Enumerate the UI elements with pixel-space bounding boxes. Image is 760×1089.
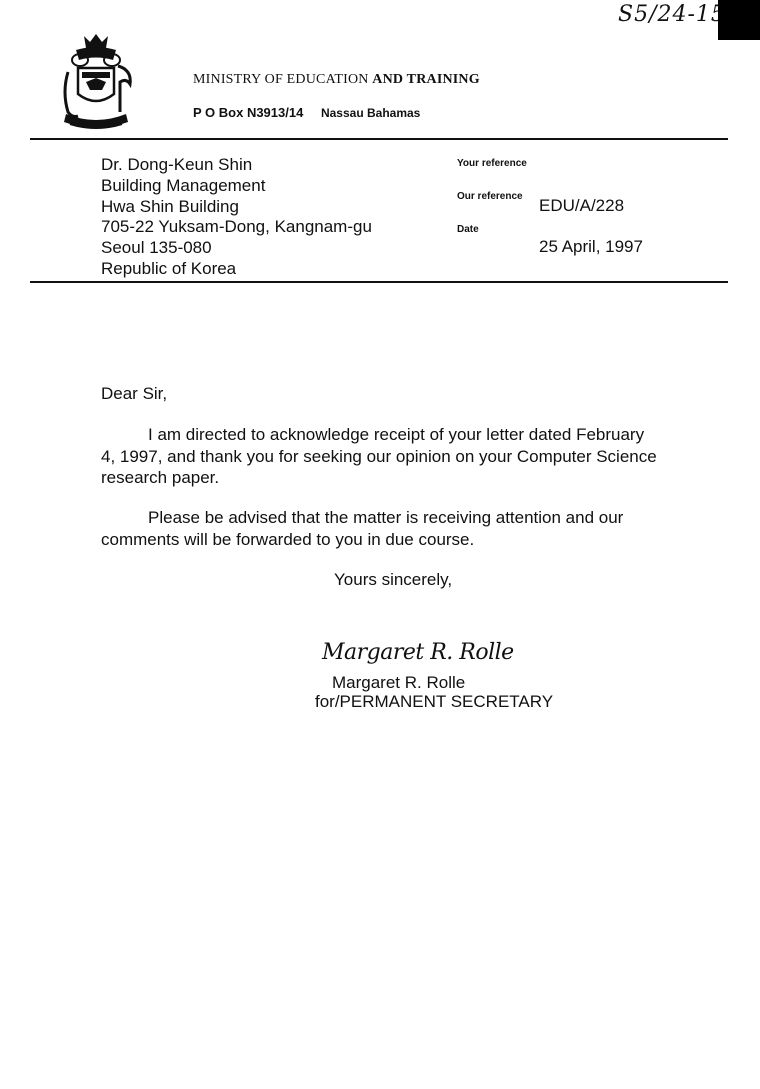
closing: Yours sincerely,: [334, 570, 452, 590]
recipient-address: Dr. Dong-Keun Shin Building Management H…: [101, 155, 372, 280]
scan-corner-mark: [718, 0, 760, 40]
body-paragraph-text: Please be advised that the matter is rec…: [101, 507, 661, 550]
ministry-name: MINISTRY OF EDUCATION AND TRAINING: [193, 72, 480, 88]
salutation: Dear Sir,: [101, 384, 167, 404]
recipient-line: Dr. Dong-Keun Shin: [101, 155, 372, 176]
date-value: 25 April, 1997: [539, 237, 643, 257]
ministry-name-prefix: MINISTRY OF EDUCATION: [193, 72, 369, 87]
recipient-line: Building Management: [101, 176, 372, 197]
city-country: Nassau Bahamas: [321, 106, 420, 120]
recipient-line: 705-22 Yuksam-Dong, Kangnam-gu: [101, 217, 372, 238]
signer-name: Margaret R. Rolle: [332, 673, 465, 693]
ministry-name-suffix: AND TRAINING: [372, 72, 480, 87]
recipient-line: Republic of Korea: [101, 259, 372, 280]
body-paragraph: Please be advised that the matter is rec…: [101, 507, 661, 550]
recipient-line: Hwa Shin Building: [101, 197, 372, 218]
date-label: Date: [457, 224, 479, 235]
body-paragraph-text: I am directed to acknowledge receipt of …: [101, 424, 661, 489]
recipient-line: Seoul 135-080: [101, 238, 372, 259]
handwritten-signature: Margaret R. Rolle: [322, 640, 514, 665]
header-divider: [30, 138, 728, 140]
body-paragraph: I am directed to acknowledge receipt of …: [101, 424, 661, 489]
signer-title: for/PERMANENT SECRETARY: [315, 692, 553, 712]
ministry-address: P O Box N3913/14 Nassau Bahamas: [193, 105, 420, 120]
our-reference-label: Our reference: [457, 191, 523, 202]
coat-of-arms-icon: [56, 32, 136, 132]
your-reference-label: Your reference: [457, 158, 527, 169]
address-divider: [30, 281, 728, 283]
our-reference-value: EDU/A/228: [539, 196, 624, 216]
po-box: P O Box N3913/14: [193, 105, 303, 120]
